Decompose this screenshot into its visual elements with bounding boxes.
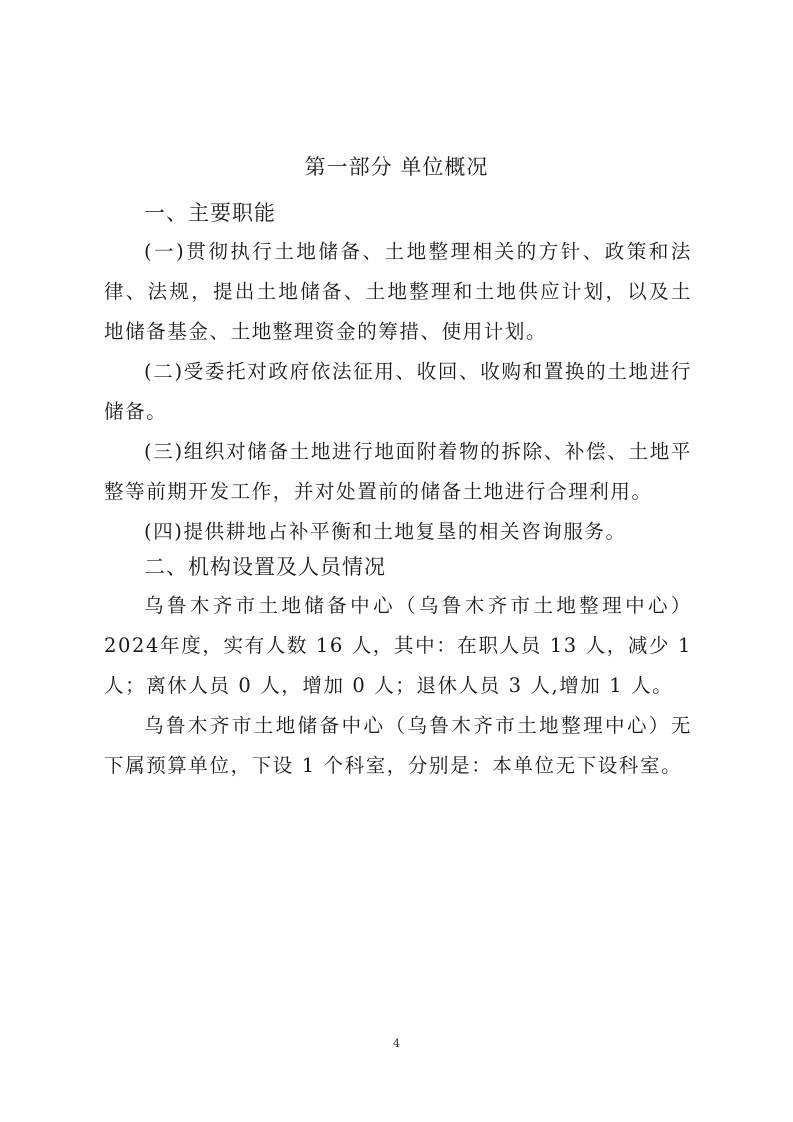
paragraph-staffing: 乌鲁木齐市土地储备中心（乌鲁木齐市土地整理中心）2024年度，实有人数 16 人… [104,586,692,706]
page-number: 4 [0,1037,793,1050]
page-title: 第一部分 单位概况 [0,152,793,182]
section-heading-organization-staffing: 二、机构设置及人员情况 [144,552,386,582]
paragraph-departments: 乌鲁木齐市土地储备中心（乌鲁木齐市土地整理中心）无下属预算单位，下设 1 个科室… [104,706,692,786]
document-page: 第一部分 单位概况 一、主要职能 (一)贯彻执行土地储备、土地整理相关的方针、政… [0,0,793,1122]
paragraph-function-1: (一)贯彻执行土地储备、土地整理相关的方针、政策和法律、法规，提出土地储备、土地… [104,232,692,352]
paragraph-function-3: (三)组织对储备土地进行地面附着物的拆除、补偿、土地平整等前期开发工作，并对处置… [104,432,692,512]
section-heading-main-functions: 一、主要职能 [144,198,276,228]
paragraph-function-2: (二)受委托对政府依法征用、收回、收购和置换的土地进行储备。 [104,352,692,432]
paragraph-function-4: (四)提供耕地占补平衡和土地复垦的相关咨询服务。 [104,512,692,552]
